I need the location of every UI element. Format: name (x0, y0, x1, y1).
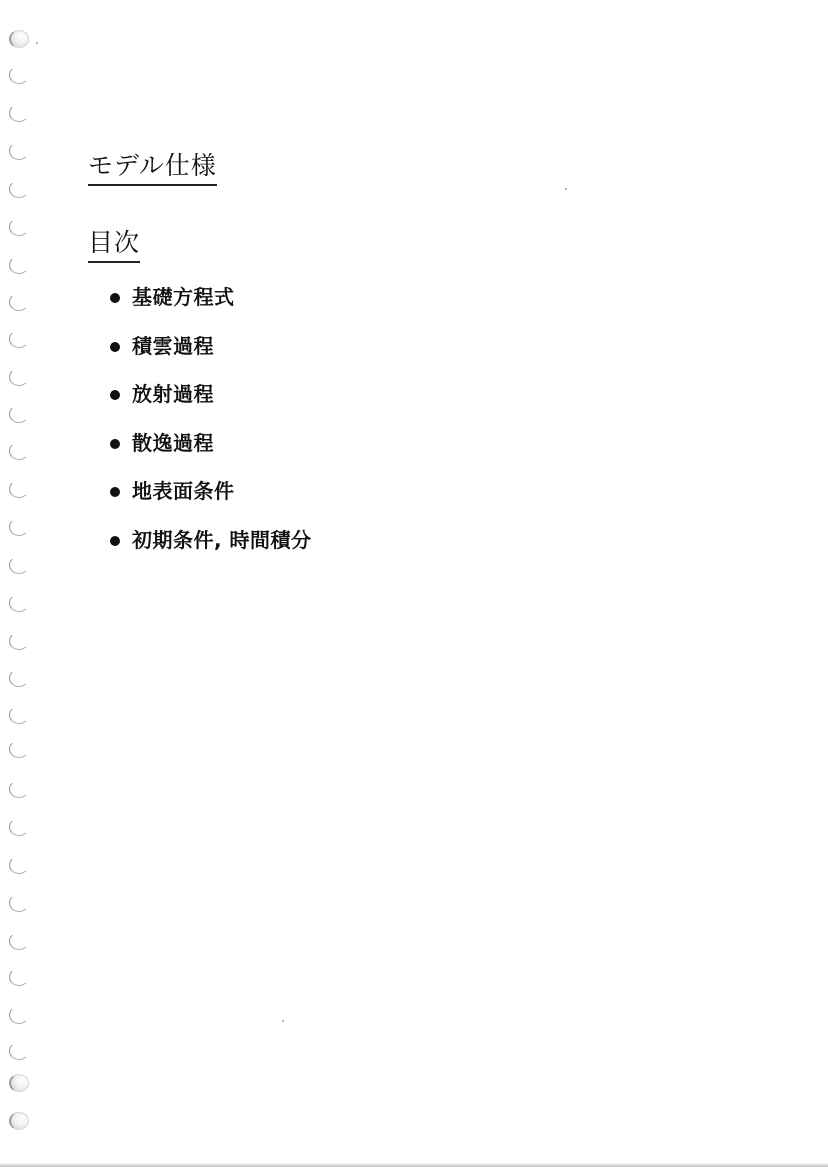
toc-item-label: 初期条件, 時間積分 (132, 525, 312, 555)
toc-item-radiation-process: 放射過程 (108, 379, 312, 428)
bullet-icon (110, 342, 120, 352)
page-bottom-edge (0, 1163, 828, 1167)
toc-item-label: 放射過程 (132, 379, 214, 409)
page-title: モデル仕様 (88, 150, 217, 186)
bullet-icon (110, 293, 120, 303)
toc-item-cumulus-process: 積雲過程 (108, 331, 312, 380)
binder-hole-icon (9, 818, 29, 836)
binder-hole-icon (9, 932, 29, 950)
bullet-icon (110, 390, 120, 400)
toc-item-dissipation-process: 散逸過程 (108, 428, 312, 477)
binder-hole-icon (9, 405, 29, 423)
toc-item-basic-equations: 基礎方程式 (108, 282, 312, 331)
binder-hole-icon (9, 480, 29, 498)
binder-hole-icon (9, 856, 29, 874)
binder-hole-icon (9, 218, 29, 236)
binder-hole-icon (9, 142, 29, 160)
binder-hole-icon (9, 594, 29, 612)
scan-speck (282, 1020, 284, 1022)
binder-hole-icon (9, 104, 29, 122)
toc-item-initial-conditions-time-integration: 初期条件, 時間積分 (108, 525, 312, 574)
binder-hole-icon (9, 30, 29, 48)
toc-heading: 目次 (88, 227, 140, 263)
binder-hole-icon (9, 632, 29, 650)
binder-hole-icon (9, 442, 29, 460)
binder-hole-icon (9, 968, 29, 986)
binder-hole-icon (9, 1006, 29, 1024)
binder-hole-icon (9, 330, 29, 348)
toc-item-label: 基礎方程式 (132, 282, 235, 312)
scan-speck (36, 42, 38, 44)
binder-hole-icon (9, 256, 29, 274)
binder-hole-icon (9, 66, 29, 84)
scan-speck (565, 188, 567, 190)
binder-hole-icon (9, 180, 29, 198)
toc-item-label: 地表面条件 (132, 476, 235, 506)
binder-hole-icon (9, 518, 29, 536)
binder-hole-icon (9, 1112, 29, 1130)
binder-hole-icon (9, 293, 29, 311)
toc-item-surface-conditions: 地表面条件 (108, 476, 312, 525)
bullet-icon (110, 487, 120, 497)
binder-hole-icon (9, 1042, 29, 1060)
toc-item-label: 積雲過程 (132, 331, 214, 361)
binder-hole-icon (9, 740, 29, 758)
toc-item-label: 散逸過程 (132, 428, 214, 458)
binder-hole-icon (9, 1074, 29, 1092)
binder-holes (0, 0, 40, 1167)
scanned-page: モデル仕様 目次 基礎方程式 積雲過程 放射過程 散逸過程 地表面条件 初期条件… (0, 0, 828, 1167)
binder-hole-icon (9, 780, 29, 798)
bullet-icon (110, 536, 120, 546)
binder-hole-icon (9, 368, 29, 386)
binder-hole-icon (9, 894, 29, 912)
bullet-icon (110, 439, 120, 449)
binder-hole-icon (9, 556, 29, 574)
toc-list: 基礎方程式 積雲過程 放射過程 散逸過程 地表面条件 初期条件, 時間積分 (108, 282, 312, 573)
binder-hole-icon (9, 669, 29, 687)
binder-hole-icon (9, 706, 29, 724)
